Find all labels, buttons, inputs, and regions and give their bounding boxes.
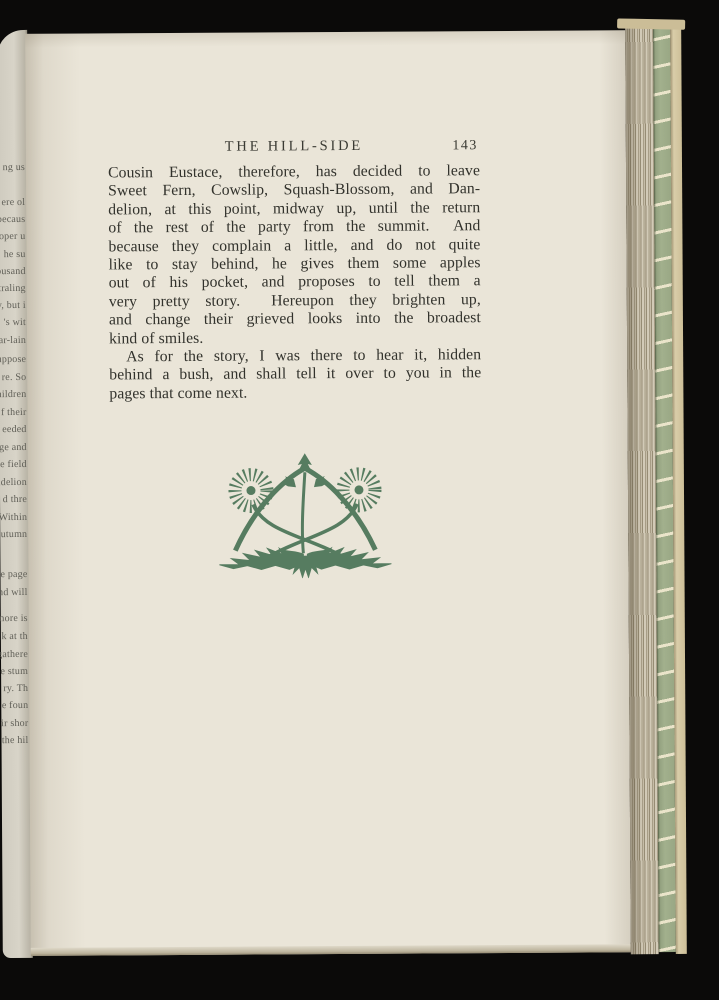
text-line: like to stay behind, he gives them some …	[109, 254, 481, 275]
dandelion-ornament	[195, 452, 411, 579]
gutter-text-fragment: 's wit	[4, 317, 26, 328]
text-line: out of his pocket, and proposes to tell …	[109, 272, 481, 293]
text-line: As for the story, I was there to hear it…	[109, 346, 481, 367]
gutter-text-fragment: the hil	[2, 735, 29, 746]
gutter-text-fragment: he su	[4, 249, 26, 260]
gutter-text-fragment: autumn	[0, 529, 27, 540]
dandelion-ornament-art	[219, 454, 392, 578]
running-header: THE HILL-SIDE 143	[108, 137, 480, 159]
gutter-text-fragment: y, but i	[0, 300, 26, 311]
gutter-text-fragment: ry. Th	[3, 683, 28, 694]
text-line: kind of smiles.	[109, 328, 481, 349]
text-line: and change their grieved looks into the …	[109, 309, 481, 330]
gutter-text-fragment: more is	[0, 613, 28, 624]
text-line: pages that come next.	[109, 383, 481, 404]
gutter-text-fragment: gathere	[0, 649, 28, 660]
gutter-text-fragment: e foun	[2, 700, 29, 711]
gutter-text-fragment: k at th	[1, 631, 27, 642]
text-line: because they complain a little, and do n…	[108, 236, 480, 257]
gutter-text-fragment: ousand	[0, 266, 26, 277]
gutter-text-fragment: Within	[0, 512, 27, 523]
gutter-text-fragment: e field	[0, 459, 27, 470]
page-title: THE HILL-SIDE	[225, 138, 363, 155]
gutter-text-fragment: ir shor	[1, 718, 28, 729]
gutter-text-fragment: e stum	[0, 666, 28, 677]
gutter-text-fragment: oper u	[0, 231, 25, 242]
gutter-text-fragment: re. So	[2, 372, 27, 383]
cover-top-corner	[617, 18, 685, 29]
gutter-text-fragment: ndelion	[0, 477, 27, 488]
text-line: very pretty story. Hereupon they brighte…	[109, 291, 481, 312]
gutter-text-fragment: ng us	[3, 162, 25, 173]
text-line: of the rest of the party from the summit…	[108, 217, 480, 238]
body-paragraph: Cousin Eustace, therefore, has decided t…	[108, 162, 481, 348]
gutter-text-fragment: ere ol	[1, 197, 25, 208]
gutter-text-fragment: ge and	[0, 442, 27, 453]
gutter-text-fragment: e page	[0, 569, 27, 580]
gutter-text-fragment: d thre	[3, 494, 27, 505]
gutter-text-fragment: hildren	[0, 389, 26, 400]
text-line: delion, at this point, midway up, until …	[108, 199, 480, 220]
text-line: Cousin Eustace, therefore, has decided t…	[108, 162, 480, 183]
gutter-text-fragment: eeded	[2, 424, 26, 435]
gutter-text-fragment: f their	[1, 407, 27, 418]
book: ng us ere ol becaus oper u he su ousand …	[0, 24, 689, 962]
gutter-text-fragment: uppose	[0, 354, 26, 365]
page-number: 143	[452, 138, 478, 154]
gutter-text-fragment: traling	[0, 283, 26, 294]
text-line: Sweet Fern, Cowslip, Squash-Blossom, and…	[108, 181, 480, 202]
book-page: THE HILL-SIDE 143 Cousin Eustace, theref…	[25, 30, 631, 956]
gutter-text-fragment: becaus	[0, 214, 25, 225]
gutter-text-fragment: ar-lain	[0, 335, 26, 346]
body-text: Cousin Eustace, therefore, has decided t…	[108, 162, 481, 403]
body-paragraph: As for the story, I was there to hear it…	[109, 346, 481, 403]
gutter-text-fragment: nd will	[0, 587, 28, 598]
text-line: behind a bush, and shall tell it over to…	[109, 364, 481, 385]
page-bottom-edge	[31, 944, 631, 956]
